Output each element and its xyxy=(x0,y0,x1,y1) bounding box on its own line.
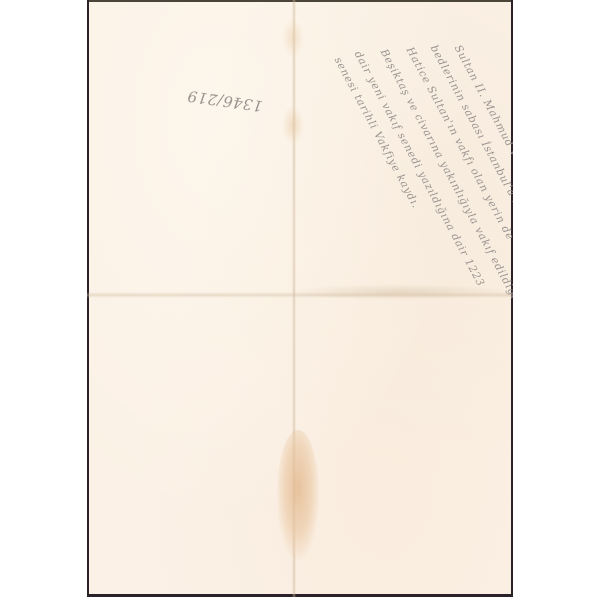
stain-small-upper xyxy=(282,105,304,145)
stain-small-top xyxy=(282,18,304,58)
sheet-edge-left xyxy=(87,0,89,597)
scan-canvas: 1346/219 Sultan II. Mahmud vakfı olan me… xyxy=(0,0,600,600)
sheet-edge-bottom xyxy=(87,594,513,597)
water-stain xyxy=(277,430,319,560)
paper-sheet: 1346/219 Sultan II. Mahmud vakfı olan me… xyxy=(87,0,513,597)
sheet-edge-top xyxy=(87,0,513,2)
catalog-number: 1346/219 xyxy=(186,87,264,115)
note-line-3: Hatice Sultan'ın vakfı olan yerin de xyxy=(404,45,513,242)
